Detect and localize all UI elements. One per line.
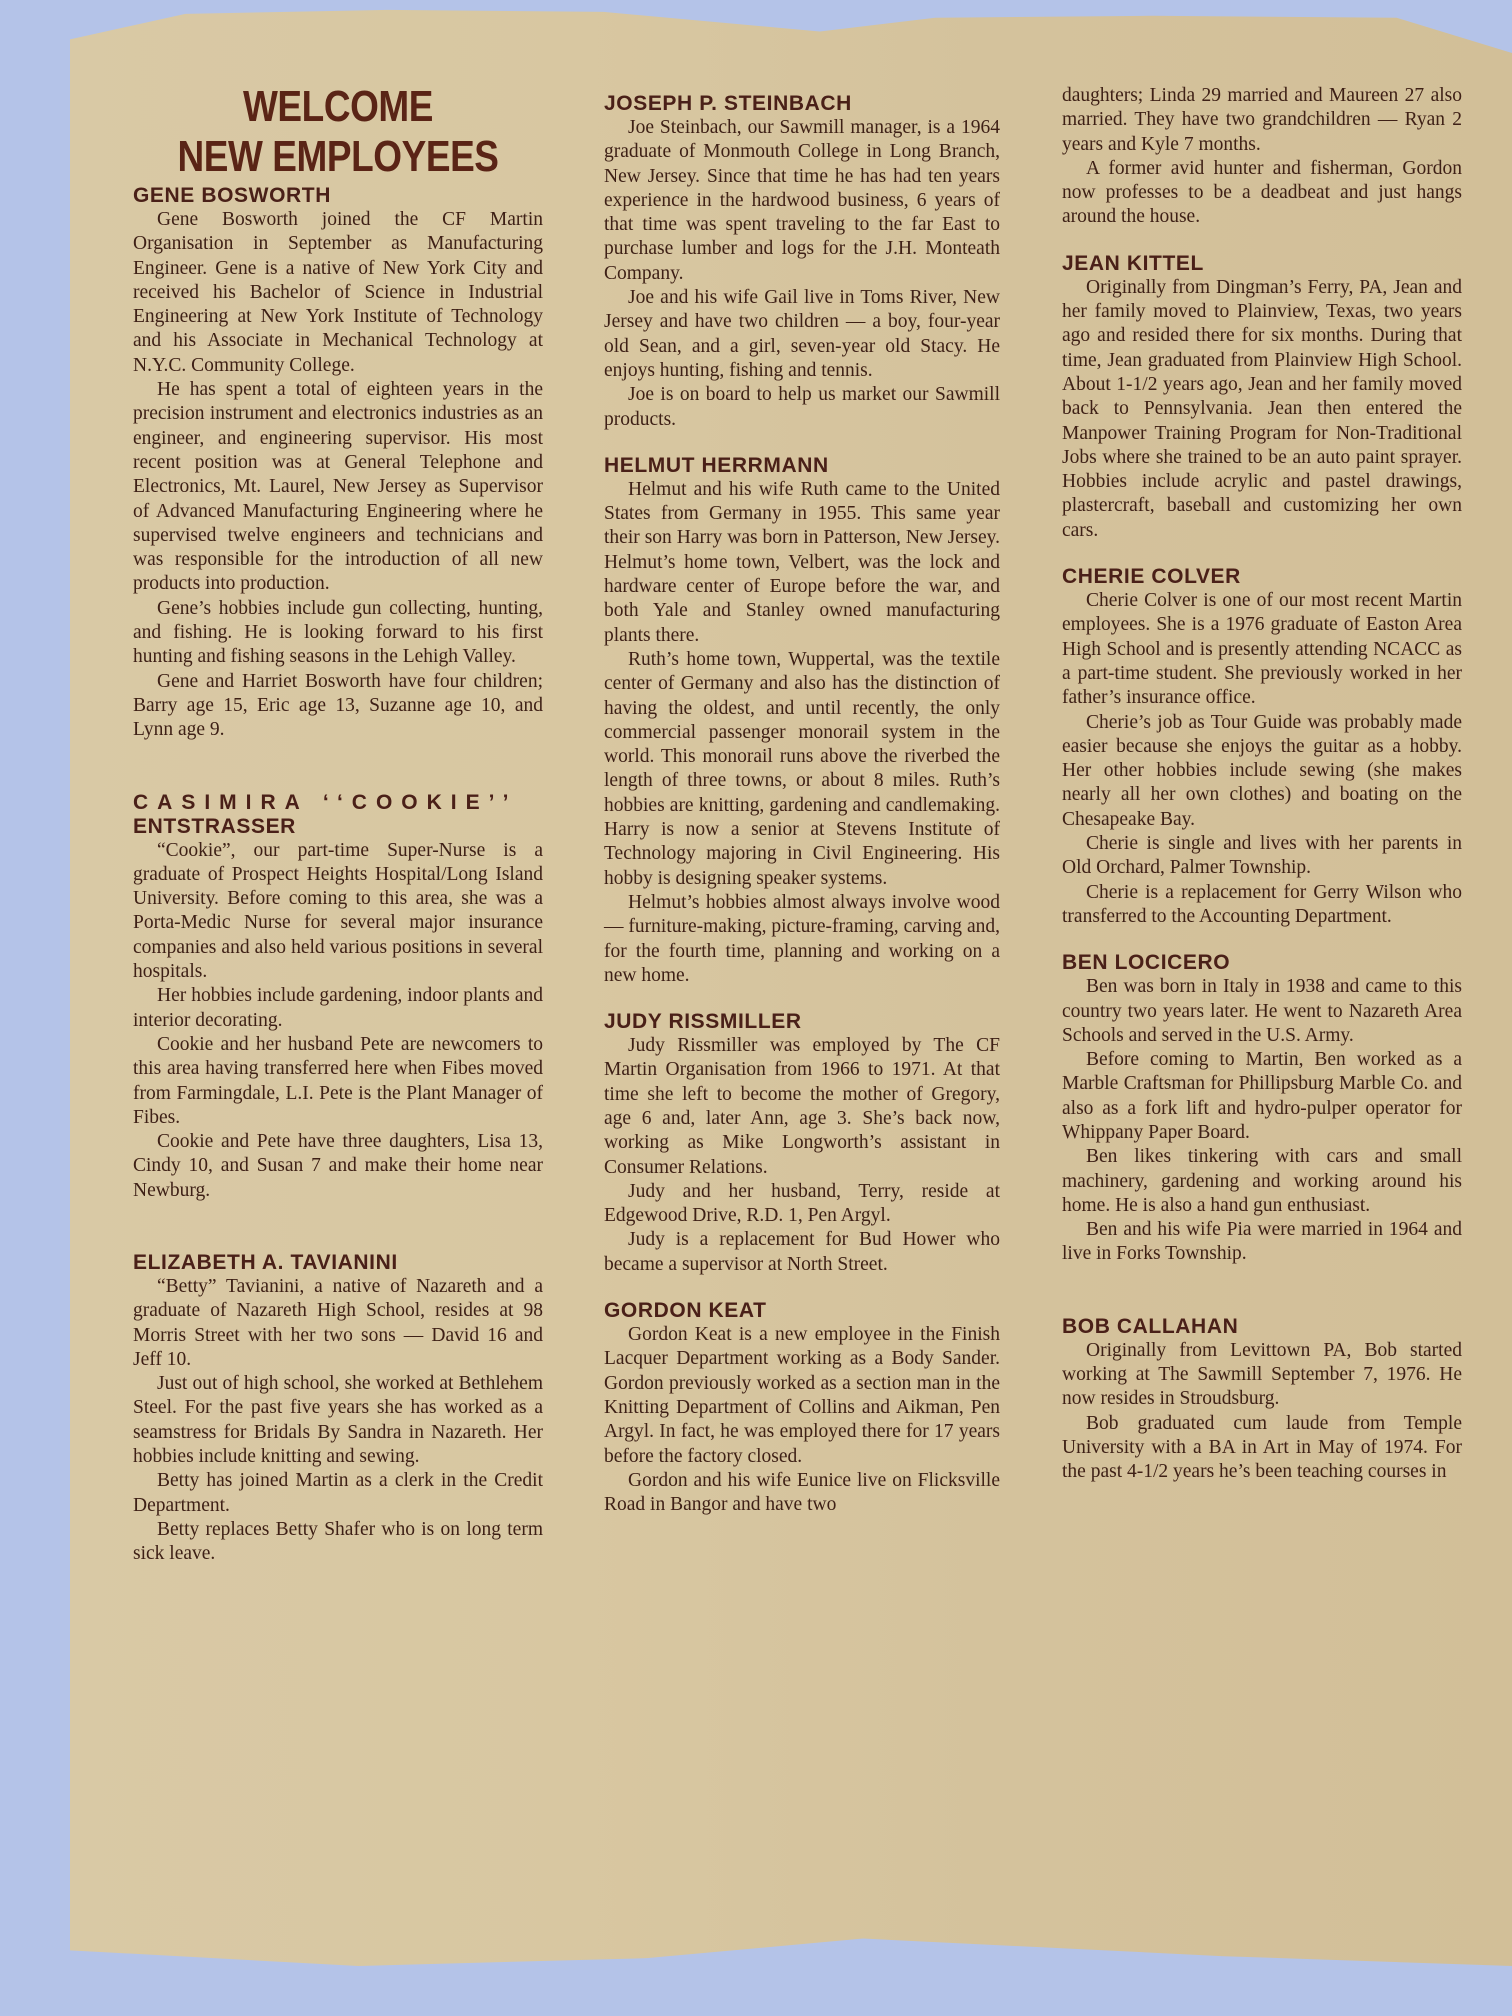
entry-paragraph: Cherie is a replacement for Gerry Wilson… bbox=[1062, 881, 1462, 930]
entry-paragraph: Just out of high school, she worked at B… bbox=[133, 1372, 543, 1469]
entry-name: ELIZABETH A. TAVIANINI bbox=[133, 1251, 543, 1275]
column-2: JOSEPH P. STEINBACH Joe Steinbach, our S… bbox=[604, 92, 1000, 1517]
column-1: WELCOME NEW EMPLOYEES GENE BOSWORTH Gene… bbox=[133, 82, 543, 1567]
entry-paragraph: Gordon Keat is a new employee in the Fin… bbox=[604, 1323, 1000, 1469]
entry-jean-kittel: JEAN KITTEL Originally from Dingman’s Fe… bbox=[1062, 252, 1462, 543]
entry-paragraph: Cherie’s job as Tour Guide was probably … bbox=[1062, 711, 1462, 832]
entry-name: GENE BOSWORTH bbox=[133, 184, 543, 208]
entry-joseph-steinbach: JOSEPH P. STEINBACH Joe Steinbach, our S… bbox=[604, 92, 1000, 432]
entry-paragraph: Originally from Levittown PA, Bob starte… bbox=[1062, 1339, 1462, 1412]
entry-paragraph: Gene and Harriet Bosworth have four chil… bbox=[133, 670, 543, 743]
entry-paragraph: Joe and his wife Gail live in Toms River… bbox=[604, 286, 1000, 383]
entry-ben-locicero: BEN LOCICERO Ben was born in Italy in 19… bbox=[1062, 951, 1462, 1267]
entry-paragraph: Ruth’s home town, Wuppertal, was the tex… bbox=[604, 648, 1000, 891]
entry-paragraph: Joe is on board to help us market our Sa… bbox=[604, 383, 1000, 432]
entry-paragraph: Cherie Colver is one of our most recent … bbox=[1062, 589, 1462, 710]
entry-paragraph: He has spent a total of eighteen years i… bbox=[133, 378, 543, 597]
entry-paragraph: Helmut’s hobbies almost always involve w… bbox=[604, 891, 1000, 988]
entry-gene-bosworth: GENE BOSWORTH Gene Bosworth joined the C… bbox=[133, 184, 543, 743]
entry-paragraph: Judy and her husband, Terry, reside at E… bbox=[604, 1180, 1000, 1229]
entry-name: HELMUT HERRMANN bbox=[604, 454, 1000, 478]
entry-paragraph: Cookie and her husband Pete are newcomer… bbox=[133, 1033, 543, 1130]
entry-paragraph: Betty has joined Martin as a clerk in th… bbox=[133, 1469, 543, 1518]
entry-elizabeth-tavianini: ELIZABETH A. TAVIANINI “Betty” Tavianini… bbox=[133, 1251, 543, 1567]
entry-paragraph: Cherie is single and lives with her pare… bbox=[1062, 832, 1462, 881]
entry-paragraph: daughters; Linda 29 married and Maureen … bbox=[1062, 84, 1462, 157]
masthead: WELCOME NEW EMPLOYEES bbox=[166, 82, 510, 182]
entry-paragraph: Judy is a replacement for Bud Hower who … bbox=[604, 1228, 1000, 1277]
entry-paragraph: Cookie and Pete have three daughters, Li… bbox=[133, 1130, 543, 1203]
entry-judy-rissmiller: JUDY RISSMILLER Judy Rissmiller was empl… bbox=[604, 1010, 1000, 1277]
entry-paragraph: Before coming to Martin, Ben worked as a… bbox=[1062, 1048, 1462, 1145]
entry-name: JUDY RISSMILLER bbox=[604, 1010, 1000, 1034]
entry-paragraph: “Betty” Tavianini, a native of Nazareth … bbox=[133, 1275, 543, 1372]
entry-gordon-keat: GORDON KEAT Gordon Keat is a new employe… bbox=[604, 1299, 1000, 1517]
entry-paragraph: Ben was born in Italy in 1938 and came t… bbox=[1062, 975, 1462, 1048]
entry-gordon-keat-continued: daughters; Linda 29 married and Maureen … bbox=[1062, 84, 1462, 230]
entry-paragraph: Joe Steinbach, our Sawmill manager, is a… bbox=[604, 116, 1000, 286]
entry-name: BOB CALLAHAN bbox=[1062, 1315, 1462, 1339]
entry-paragraph: Her hobbies include gardening, indoor pl… bbox=[133, 984, 543, 1033]
masthead-line-1: WELCOME bbox=[166, 82, 510, 132]
entry-name: CHERIE COLVER bbox=[1062, 565, 1462, 589]
entry-paragraph: Judy Rissmiller was employed by The CF M… bbox=[604, 1034, 1000, 1180]
entry-paragraph: Helmut and his wife Ruth came to the Uni… bbox=[604, 478, 1000, 648]
entry-name: JOSEPH P. STEINBACH bbox=[604, 92, 1000, 116]
entry-name: GORDON KEAT bbox=[604, 1299, 1000, 1323]
masthead-line-2: NEW EMPLOYEES bbox=[166, 132, 510, 182]
entry-paragraph: Ben likes tinkering with cars and small … bbox=[1062, 1145, 1462, 1218]
entry-paragraph: Ben and his wife Pia were married in 196… bbox=[1062, 1218, 1462, 1267]
entry-paragraph: “Cookie”, our part-time Super-Nurse is a… bbox=[133, 839, 543, 985]
entry-bob-callahan: BOB CALLAHAN Originally from Levittown P… bbox=[1062, 1315, 1462, 1485]
column-3: daughters; Linda 29 married and Maureen … bbox=[1062, 84, 1462, 1485]
entry-paragraph: Bob graduated cum laude from Temple Univ… bbox=[1062, 1412, 1462, 1485]
entry-paragraph: Gordon and his wife Eunice live on Flick… bbox=[604, 1469, 1000, 1518]
entry-paragraph: Betty replaces Betty Shafer who is on lo… bbox=[133, 1518, 543, 1567]
entry-name: JEAN KITTEL bbox=[1062, 252, 1462, 276]
entry-name-continued: ENTSTRASSER bbox=[133, 815, 543, 839]
entry-paragraph: A former avid hunter and fisherman, Gord… bbox=[1062, 157, 1462, 230]
entry-casimira-entstrasser: CASIMIRA ‘‘COOKIE’’ ENTSTRASSER “Cookie”… bbox=[133, 791, 543, 1203]
entry-name: BEN LOCICERO bbox=[1062, 951, 1462, 975]
entry-paragraph: Gene’s hobbies include gun collecting, h… bbox=[133, 597, 543, 670]
entry-cherie-colver: CHERIE COLVER Cherie Colver is one of ou… bbox=[1062, 565, 1462, 929]
entry-paragraph: Gene Bosworth joined the CF Martin Organ… bbox=[133, 208, 543, 378]
entry-helmut-herrmann: HELMUT HERRMANN Helmut and his wife Ruth… bbox=[604, 454, 1000, 988]
entry-paragraph: Originally from Dingman’s Ferry, PA, Jea… bbox=[1062, 276, 1462, 543]
entry-name: CASIMIRA ‘‘COOKIE’’ bbox=[133, 791, 543, 815]
